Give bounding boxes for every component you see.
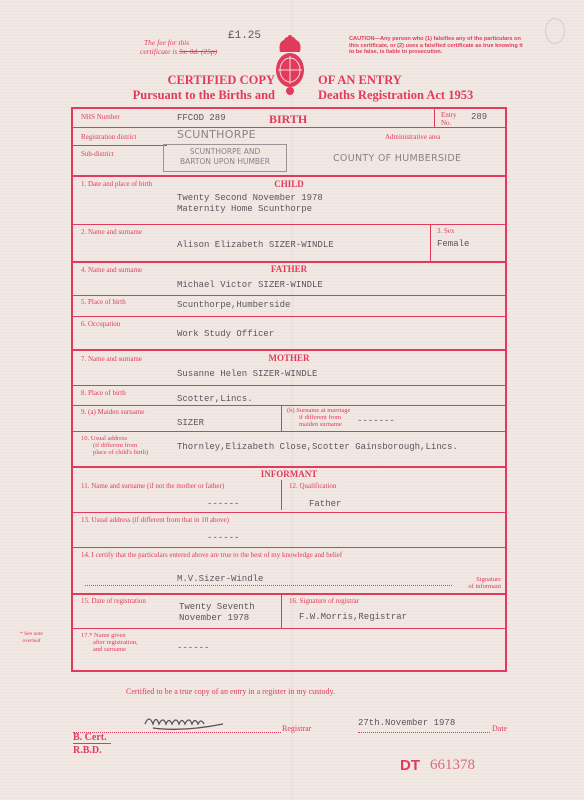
field-5-value: Scunthorpe,Humberside [177, 300, 290, 311]
watermark-icon [545, 18, 565, 44]
field-9b-value: ------- [357, 416, 395, 427]
royal-crest-icon [270, 34, 310, 98]
certificate-form: NHS Number FFCOD 289 BIRTH Entry No. 289… [71, 107, 507, 672]
date-label: Date [492, 724, 507, 733]
field-7-value: Susanne Helen SIZER-WINDLE [177, 369, 317, 380]
field-9a-label: 9. (a) Maiden surname [81, 408, 144, 416]
field-17-value: ------ [177, 643, 209, 654]
registrar-signature [143, 712, 238, 732]
serial-number: 661378 [430, 757, 475, 774]
field-13-value: ------ [207, 533, 239, 544]
field-14-label: 14. I certify that the particulars enter… [81, 551, 342, 559]
field-6-label: 6. Occupation [81, 320, 120, 328]
field-12-label: 12. Qualification [289, 482, 336, 490]
field-9a-value: SIZER [177, 418, 204, 429]
field-10-label: 10. Usual address (if different from pla… [81, 435, 148, 456]
caution-notice: CAUTION—Any person who (1) falsifies any… [349, 36, 529, 56]
field-8-label: 8. Place of birth [81, 389, 126, 397]
subdistrict-label: Sub-district [81, 150, 114, 158]
section-mother: MOTHER [73, 353, 505, 363]
field-12-value: Father [309, 499, 341, 510]
subdistrict-stamp: SCUNTHORPE AND BARTON UPON HUMBER [163, 144, 287, 172]
registrar-label: Registrar [282, 724, 311, 733]
field-14-value: M.V.Sizer-Windle [177, 574, 263, 585]
informant-signature-label: Signature of informant [449, 576, 501, 590]
field-1-value-place: Maternity Home Scunthorpe [177, 204, 312, 215]
certified-statement: Certified to be a true copy of an entry … [126, 687, 335, 696]
see-note-overleaf: * See note overleaf [20, 631, 43, 644]
field-15-label: 15. Date of registration [81, 597, 146, 605]
serial-prefix: DT [400, 757, 420, 774]
field-16-value: F.W.Morris,Registrar [299, 612, 407, 623]
form-code: B. Cert. R.B.D. [73, 731, 107, 757]
field-3-label: 3. Sex [437, 227, 455, 235]
field-2-label: 2. Name and surname [81, 228, 142, 236]
field-2-value: Alison Elizabeth SIZER-WINDLE [177, 240, 334, 251]
field-3-value: Female [437, 239, 469, 250]
district-value: SCUNTHORPE [177, 128, 256, 141]
section-informant: INFORMANT [73, 469, 505, 479]
section-father: FATHER [73, 264, 505, 274]
admin-area-value: COUNTY OF HUMBERSIDE [333, 153, 461, 164]
entry-label: Entry No. [441, 111, 463, 127]
field-15-value-month: November 1978 [179, 613, 249, 624]
title-left: CERTIFIED COPY Pursuant to the Births an… [100, 73, 275, 103]
district-label: Registration district [81, 133, 136, 141]
field-11-value: ------ [207, 499, 239, 510]
section-child: CHILD [73, 179, 505, 189]
field-15-value-day: Twenty Seventh [179, 602, 255, 613]
nhs-label: NHS Number [81, 113, 120, 121]
certified-date-value: 27th.November 1978 [358, 718, 455, 728]
entry-value: 289 [471, 112, 487, 123]
field-9b-label: (b) Surname at marriage if different fro… [287, 407, 350, 428]
admin-area-label: Administrative area [385, 133, 440, 141]
record-type: BIRTH [243, 112, 383, 127]
field-17-label: 17.* Name given after registration, and … [81, 632, 138, 653]
fee-amount: £1.25 [228, 30, 261, 42]
field-4-value: Michael Victor SIZER-WINDLE [177, 280, 323, 291]
nhs-value: FFCOD 289 [177, 113, 226, 124]
field-13-label: 13. Usual address (if different from tha… [81, 516, 229, 524]
field-5-label: 5. Place of birth [81, 298, 126, 306]
field-6-value: Work Study Officer [177, 329, 274, 340]
field-1-value-date: Twenty Second November 1978 [177, 193, 323, 204]
fee-label: The fee for this certificate is 5s. 0d. … [140, 38, 217, 56]
field-8-value: Scotter,Lincs. [177, 394, 253, 405]
field-16-label: 16. Signature of registrar [289, 597, 359, 605]
title-right: OF AN ENTRY Deaths Registration Act 1953 [318, 73, 518, 103]
field-10-value: Thornley,Elizabeth Close,Scotter Gainsbo… [177, 442, 458, 453]
field-11-label: 11. Name and surname (if not the mother … [81, 482, 224, 490]
